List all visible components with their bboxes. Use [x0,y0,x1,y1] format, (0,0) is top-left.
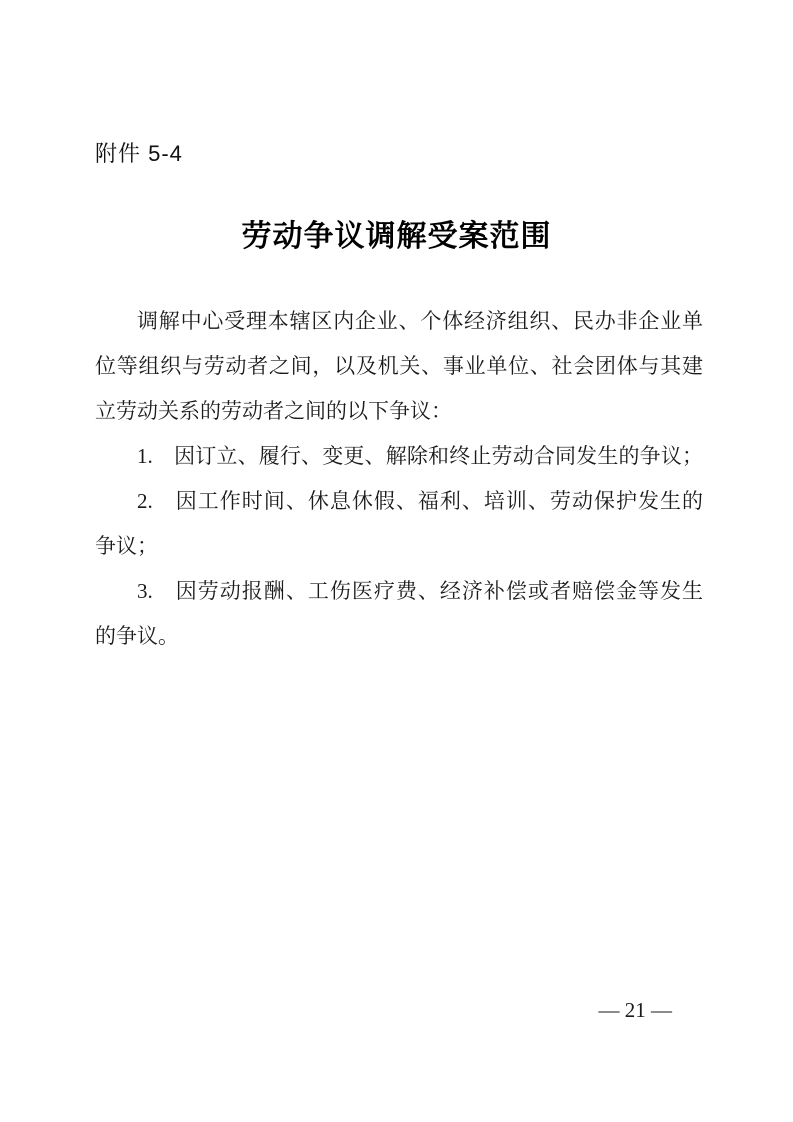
paragraph-line: 立劳动关系的劳动者之间的以下争议： [95,389,703,434]
numbered-item-line: 2. 因工作时间、休息休假、福利、培训、劳动保护发生的 [95,479,703,524]
document-page: 附件 5-4 劳动争议调解受案范围 调解中心受理本辖区内企业、个体经济组织、民办… [0,0,793,1122]
paragraph-line: 位等组织与劳动者之间，以及机关、事业单位、社会团体与其建 [95,344,703,389]
paragraph-line: 调解中心受理本辖区内企业、个体经济组织、民办非企业单 [95,299,703,344]
document-body: 调解中心受理本辖区内企业、个体经济组织、民办非企业单 位等组织与劳动者之间，以及… [95,299,703,659]
numbered-item-line: 的争议。 [95,614,703,659]
page-number: — 21 — [599,997,673,1023]
numbered-item-line: 3. 因劳动报酬、工伤医疗费、经济补偿或者赔偿金等发生 [95,569,703,614]
numbered-item-line: 1. 因订立、履行、变更、解除和终止劳动合同发生的争议； [95,434,703,479]
numbered-item-line: 争议； [95,524,703,569]
document-title: 劳动争议调解受案范围 [0,217,793,257]
attachment-label: 附件 5-4 [95,141,183,167]
